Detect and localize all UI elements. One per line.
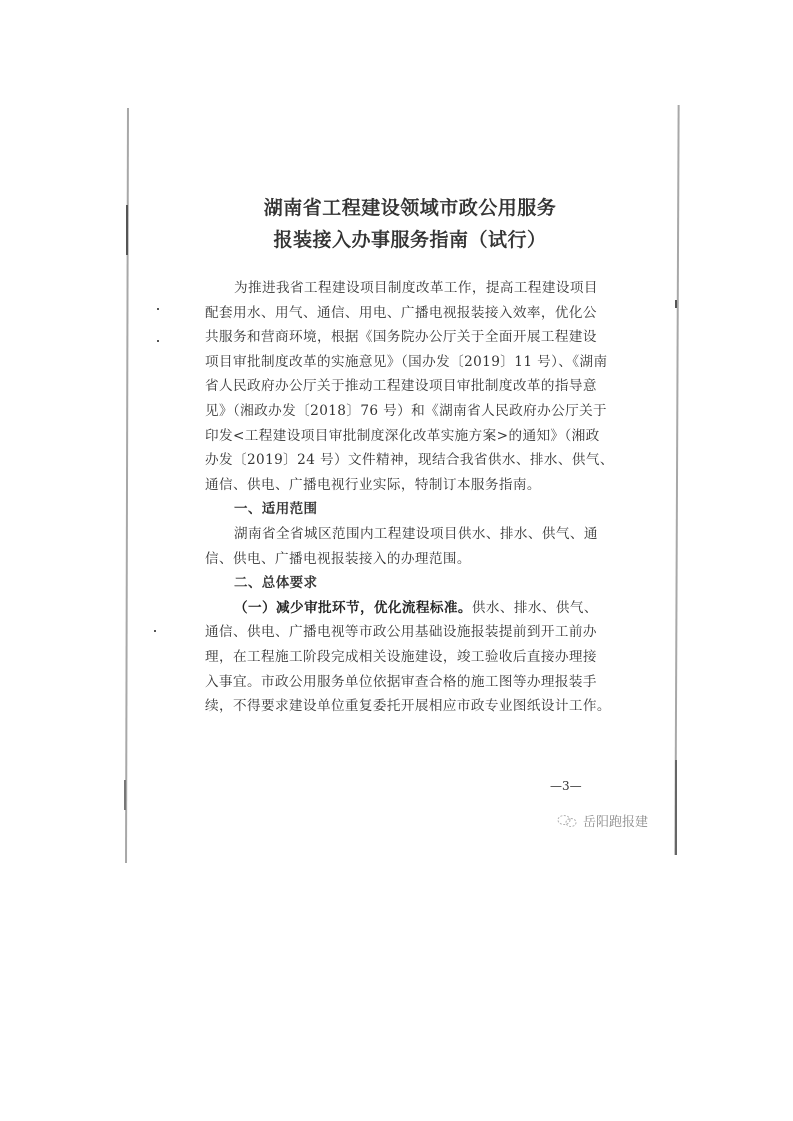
text-line: 入事宜。市政公用服务单位依据审查合格的施工图等办理报装手 — [205, 670, 610, 695]
item-lead-rest: 供水、排水、供气、 — [472, 600, 598, 616]
scan-edge-mark — [124, 780, 126, 810]
text-line: 续，不得要求建设单位重复委托开展相应市政专业图纸设计工作。 — [205, 694, 610, 719]
text-line: （一）减少审批环节，优化流程标准。供水、排水、供气、 — [205, 596, 610, 621]
scan-speck — [157, 308, 159, 310]
text-line: 理，在工程施工阶段完成相关设施建设，竣工验收后直接办理接 — [205, 645, 610, 670]
text-line: 通信、供电、广播电视等市政公用基础设施报装提前到开工前办 — [205, 620, 610, 645]
text-line: 省人民政府办公厅关于推动工程建设项目审批制度改革的指导意 — [205, 374, 610, 399]
text-line: 配套用水、用气、通信、用电、广播电视报装接入效率，优化公 — [205, 301, 610, 326]
watermark: 岳阳跑报建 — [557, 811, 648, 830]
text-line: 印发<工程建设项目审批制度深化改革实施方案>的通知》（湘政 — [205, 424, 610, 449]
scan-speck — [154, 630, 156, 632]
text-line: 见》（湘政办发〔2018〕76 号）和《湖南省人民政府办公厅关于 — [205, 399, 610, 424]
scanned-document-page: 湖南省工程建设领域市政公用服务 报装接入办事服务指南（试行） 为推进我省工程建设… — [0, 0, 793, 1121]
text-line: 信、供电、广播电视报装接入的办理范围。 — [205, 547, 610, 572]
text-line: 为推进我省工程建设项目制度改革工作，提高工程建设项目 — [205, 276, 610, 301]
text-line: 共服务和营商环境，根据《国务院办公厅关于全面开展工程建设 — [205, 325, 610, 350]
scan-edge-mark — [675, 760, 677, 855]
text-line: 办发〔2019〕24 号）文件精神，现结合我省供水、排水、供气、 — [205, 448, 610, 473]
section-heading-requirements: 二、总体要求 — [205, 571, 610, 596]
section-heading-scope: 一、适用范围 — [205, 497, 610, 522]
page-number: —3— — [550, 779, 582, 793]
scan-speck — [157, 340, 159, 342]
text-line: 湖南省全省城区范围内工程建设项目供水、排水、供气、通 — [205, 522, 610, 547]
scan-edge-mark — [675, 300, 677, 308]
item-lead-bold: （一）减少审批环节，优化流程标准。 — [234, 600, 472, 616]
text-line: 项目审批制度改革的实施意见》（国办发〔2019〕11 号）、《湖南 — [205, 350, 610, 375]
watermark-text: 岳阳跑报建 — [583, 811, 648, 830]
document-title-line-2: 报装接入办事服务指南（试行） — [0, 225, 793, 252]
document-title-line-1: 湖南省工程建设领域市政公用服务 — [0, 193, 793, 220]
wechat-icon — [557, 814, 579, 828]
text-line: 通信、供电、广播电视行业实际，特制订本服务指南。 — [205, 473, 610, 498]
intro-paragraph: 为推进我省工程建设项目制度改革工作，提高工程建设项目 配套用水、用气、通信、用电… — [205, 276, 610, 719]
